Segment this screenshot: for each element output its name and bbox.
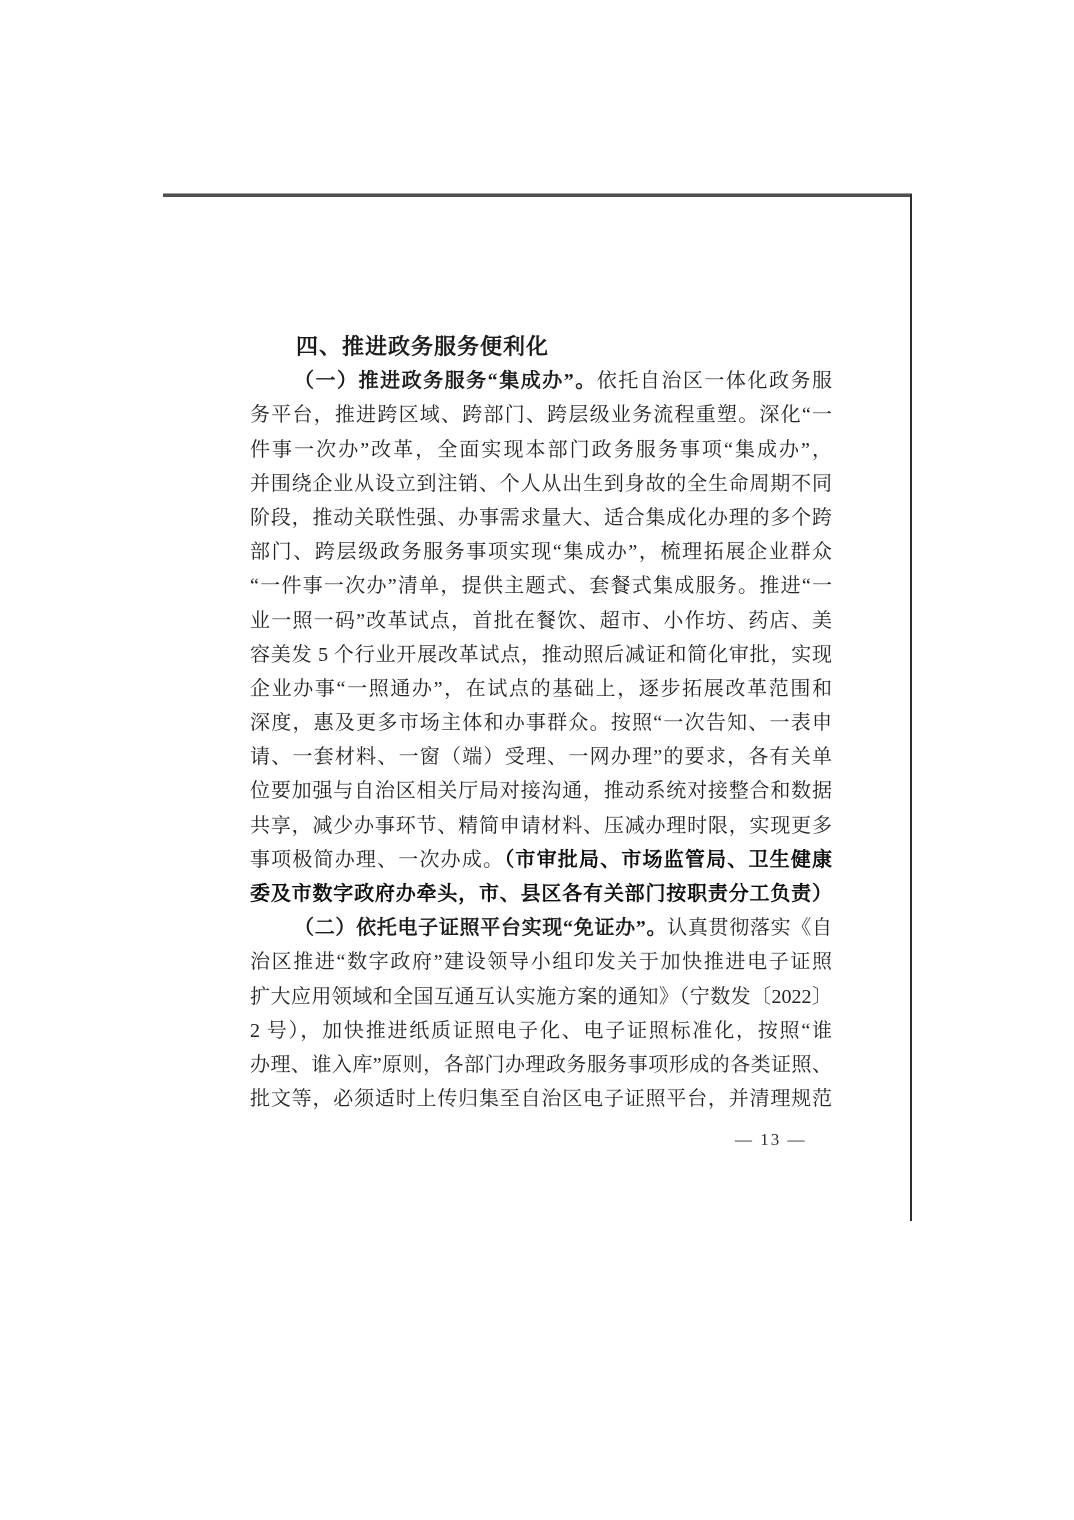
text-segment: 并围绕企业从设立到注销、个人从出生到身故的全生命周期不同 [250, 473, 832, 495]
text-line: 阶段，推动关联性强、办事需求量大、适合集成化办理的多个跨 [250, 501, 832, 535]
document-body: 四、推进政务服务便利化 （一）推进政务服务“集成办”。依托自治区一体化政务服务平… [250, 330, 832, 1116]
text-line: 位要加强与自治区相关厅局对接沟通，推动系统对接整合和数据 [250, 774, 832, 808]
text-line: “一件事一次办”清单，提供主题式、套餐式集成服务。推进“一 [250, 569, 832, 603]
text-line: 深度，惠及更多市场主体和办事群众。按照“一次告知、一表申 [250, 706, 832, 740]
text-line: 委及市数字政府办牵头，市、县区各有关部门按职责分工负责） [250, 877, 832, 911]
text-line: 件事一次办”改革，全面实现本部门政务服务事项“集成办”， [250, 433, 832, 467]
text-line: 容美发 5 个行业开展改革试点，推动照后减证和简化审批，实现 [250, 638, 832, 672]
paragraph-lead: （一）推进政务服务“集成办”。 [294, 370, 597, 392]
text-segment: 办理、谁入库”原则，各部门办理政务服务事项形成的各类证照、 [250, 1054, 832, 1076]
text-line: 治区推进“数字政府”建设领导小组印发关于加快推进电子证照 [250, 945, 832, 979]
text-segment: 事项极简办理、一次办成。 [250, 849, 504, 871]
text-segment: 件事一次办”改革，全面实现本部门政务服务事项“集成办”， [250, 439, 832, 461]
text-line: 事项极简办理、一次办成。（市审批局、市场监管局、卫生健康 [250, 843, 832, 877]
document-lines: （一）推进政务服务“集成办”。依托自治区一体化政务服务平台，推进跨区域、跨部门、… [250, 364, 832, 1116]
text-segment: “一件事一次办”清单，提供主题式、套餐式集成服务。推进“一 [250, 575, 832, 597]
responsibility-annotation: 委及市数字政府办牵头，市、县区各有关部门按职责分工负责） [250, 883, 832, 905]
text-segment: 请、一套材料、一窗（端）受理、一网办理”的要求，各有关单 [250, 746, 832, 768]
text-segment: 依托自治区一体化政务服 [597, 370, 832, 392]
text-line: 部门、跨层级政务服务事项实现“集成办”，梳理拓展企业群众 [250, 535, 832, 569]
text-line: 务平台，推进跨区域、跨部门、跨层级业务流程重塑。深化“一 [250, 398, 832, 432]
responsibility-annotation: （市审批局、市场监管局、卫生健康 [504, 849, 832, 871]
paragraph-lead: （二）依托电子证照平台实现“免证办”。 [294, 917, 667, 939]
text-line: 业一照一码”改革试点，首批在餐饮、超市、小作坊、药店、美 [250, 604, 832, 638]
text-segment: 认真贯彻落实《自 [667, 917, 832, 939]
text-segment: 治区推进“数字政府”建设领导小组印发关于加快推进电子证照 [250, 951, 832, 973]
text-line: （一）推进政务服务“集成办”。依托自治区一体化政务服 [250, 364, 832, 398]
text-line: 并围绕企业从设立到注销、个人从出生到身故的全生命周期不同 [250, 467, 832, 501]
text-line: 请、一套材料、一窗（端）受理、一网办理”的要求，各有关单 [250, 740, 832, 774]
text-segment: 业一照一码”改革试点，首批在餐饮、超市、小作坊、药店、美 [250, 610, 832, 632]
text-line: 企业办事“一照通办”，在试点的基础上，逐步拓展改革范围和 [250, 672, 832, 706]
text-segment: 2 号），加快推进纸质证照电子化、电子证照标准化，按照“谁 [250, 1020, 832, 1042]
page-right-border [910, 194, 912, 1221]
text-segment: 容美发 5 个行业开展改革试点，推动照后减证和简化审批，实现 [250, 644, 832, 666]
section-heading: 四、推进政务服务便利化 [250, 330, 832, 364]
page-number: — 13 — [735, 1130, 807, 1150]
text-segment: 企业办事“一照通办”，在试点的基础上，逐步拓展改革范围和 [250, 678, 832, 700]
text-line: 批文等，必须适时上传归集至自治区电子证照平台，并清理规范 [250, 1082, 832, 1116]
text-line: （二）依托电子证照平台实现“免证办”。认真贯彻落实《自 [250, 911, 832, 945]
scanned-document-page: 四、推进政务服务便利化 （一）推进政务服务“集成办”。依托自治区一体化政务服务平… [0, 0, 1074, 1520]
text-line: 2 号），加快推进纸质证照电子化、电子证照标准化，按照“谁 [250, 1014, 832, 1048]
text-segment: 批文等，必须适时上传归集至自治区电子证照平台，并清理规范 [250, 1088, 832, 1110]
text-segment: 位要加强与自治区相关厅局对接沟通，推动系统对接整合和数据 [250, 780, 832, 802]
text-line: 办理、谁入库”原则，各部门办理政务服务事项形成的各类证照、 [250, 1048, 832, 1082]
text-segment: 深度，惠及更多市场主体和办事群众。按照“一次告知、一表申 [250, 712, 832, 734]
text-segment: 阶段，推动关联性强、办事需求量大、适合集成化办理的多个跨 [250, 507, 832, 529]
text-segment: 扩大应用领域和全国互通互认实施方案的通知》（宁数发〔2022〕 [250, 986, 832, 1008]
text-segment: 务平台，推进跨区域、跨部门、跨层级业务流程重塑。深化“一 [250, 404, 832, 426]
page-top-border [163, 193, 912, 197]
text-line: 扩大应用领域和全国互通互认实施方案的通知》（宁数发〔2022〕 [250, 980, 832, 1014]
text-line: 共享，减少办事环节、精简申请材料、压减办理时限，实现更多 [250, 809, 832, 843]
text-segment: 部门、跨层级政务服务事项实现“集成办”，梳理拓展企业群众 [250, 541, 832, 563]
text-segment: 共享，减少办事环节、精简申请材料、压减办理时限，实现更多 [250, 815, 832, 837]
